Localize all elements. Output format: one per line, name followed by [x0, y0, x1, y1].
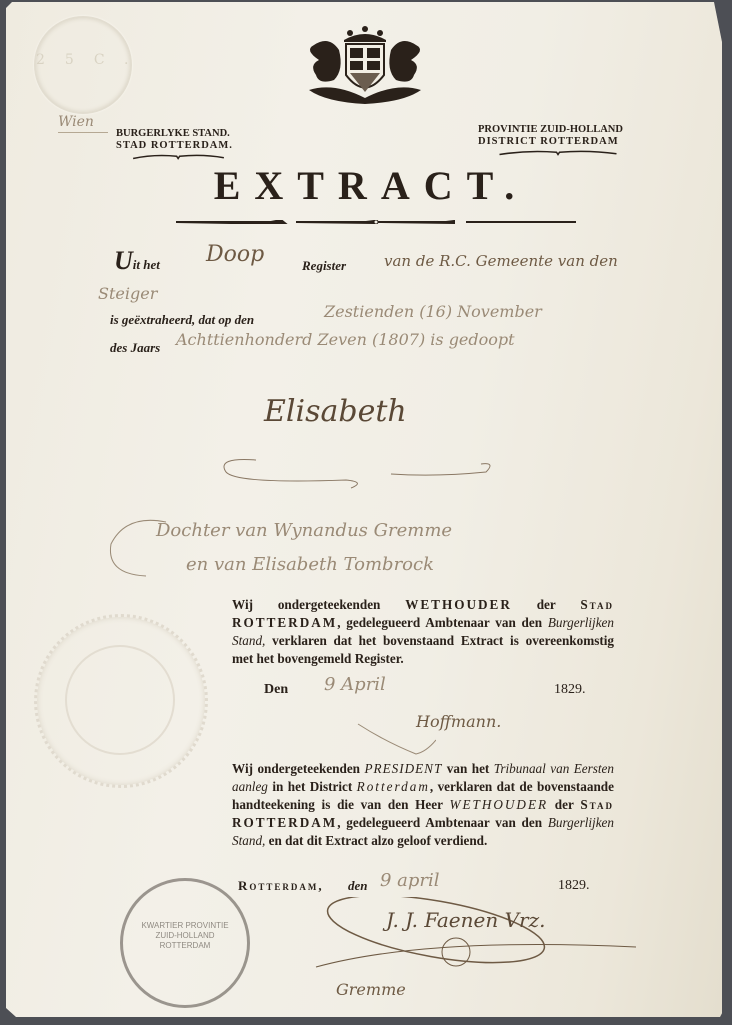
- label-it-het: it het: [133, 257, 160, 272]
- header-right-line2: DISTRICT ROTTERDAM: [478, 136, 638, 148]
- document-paper: 25C. Wien BURGERLYKE STAND. STAD ROTTERD…: [6, 2, 722, 1017]
- embossed-tax-stamp: 25C.: [34, 16, 132, 114]
- name-flourish: [216, 452, 496, 492]
- date1-hand: 9 April: [324, 674, 386, 695]
- date-hand: Zestienden (16) November: [324, 302, 542, 321]
- wethouder-declaration: Wij ondergeteekenden WETHOUDER der Stad …: [232, 596, 614, 668]
- header-right-line1: PROVINTIE ZUID-HOLLAND: [478, 124, 638, 136]
- stamp-value: 25: [36, 52, 94, 68]
- district-name: Rotterdam: [357, 779, 430, 794]
- label-extracted: is geëxtraheerd, dat op den: [110, 312, 254, 328]
- title-wethouder: WETHOUDER: [405, 597, 512, 612]
- text: , gedelegueerd Ambtenaar van den: [337, 815, 548, 830]
- text: in het District: [268, 779, 357, 794]
- date1-year: 1829.: [554, 682, 586, 698]
- seal-text: KWARTIER PROVINTIE ZUID-HOLLAND ROTTERDA…: [137, 921, 233, 951]
- coat-of-arms-icon: [294, 20, 436, 110]
- text: van het: [442, 761, 493, 776]
- register-of-hand: van de R.C. Gemeente van den: [384, 252, 618, 270]
- header-left-flourish: [116, 154, 241, 160]
- text: Wij ondergeteekenden: [232, 761, 364, 776]
- text: en dat dit Extract alzo geloof verdiend.: [265, 833, 487, 848]
- title-president: PRESIDENT: [364, 761, 442, 776]
- date2-place: Rotterdam,: [238, 878, 324, 894]
- intro-line-1: Uit het: [114, 246, 160, 276]
- date1-label: Den: [264, 682, 288, 698]
- parents-line-1: Dochter van Wynandus Gremme: [156, 520, 452, 541]
- label-year: des Jaars: [110, 340, 160, 356]
- year-hand: Achttienhonderd Zeven (1807) is gedoopt: [176, 330, 515, 349]
- document-title: EXTRACT.: [156, 162, 586, 209]
- header-left: BURGERLYKE STAND. STAD ROTTERDAM.: [116, 128, 241, 164]
- date2-den: den: [348, 878, 368, 894]
- text: der: [548, 797, 580, 812]
- signature-applicant: Gremme: [336, 980, 406, 999]
- text: der: [512, 597, 580, 612]
- header-right: PROVINTIE ZUID-HOLLAND DISTRICT ROTTERDA…: [478, 124, 638, 160]
- title-wethouder: WETHOUDER: [449, 797, 548, 812]
- header-left-line1: BURGERLYKE STAND.: [116, 128, 241, 140]
- text: Wij ondergeteekenden: [232, 597, 405, 612]
- president-declaration: Wij ondergeteekenden PRESIDENT van het T…: [232, 760, 614, 850]
- clerk-note-underline: [58, 132, 108, 133]
- child-name: Elisabeth: [264, 394, 407, 429]
- header-right-flourish: [478, 150, 638, 156]
- header-left-line2: STAD ROTTERDAM.: [116, 140, 241, 152]
- embossed-seal-icon: [34, 614, 208, 788]
- drop-cap: U: [114, 246, 133, 275]
- parents-flourish: [106, 514, 176, 584]
- text: verklaren dat het bovenstaand Extract is…: [232, 633, 614, 666]
- register-type-hand: Doop: [206, 242, 264, 267]
- parents-line-2: en van Elisabeth Tombrock: [186, 554, 434, 575]
- title-rule: [176, 220, 576, 224]
- label-register: Register: [302, 258, 346, 274]
- stamp-currency: C.: [94, 52, 149, 68]
- register-of-hand-2: Steiger: [98, 284, 157, 303]
- date2-year: 1829.: [558, 878, 590, 894]
- signature-president: J. J. Faenen Vrz.: [386, 908, 546, 932]
- ink-seal-icon: KWARTIER PROVINTIE ZUID-HOLLAND ROTTERDA…: [120, 878, 250, 1008]
- signature-flourish-1: [356, 722, 436, 758]
- text: , gedelegueerd Ambtenaar van den: [337, 615, 548, 630]
- date2-hand: 9 april: [380, 870, 440, 891]
- clerk-note: Wien: [58, 114, 94, 130]
